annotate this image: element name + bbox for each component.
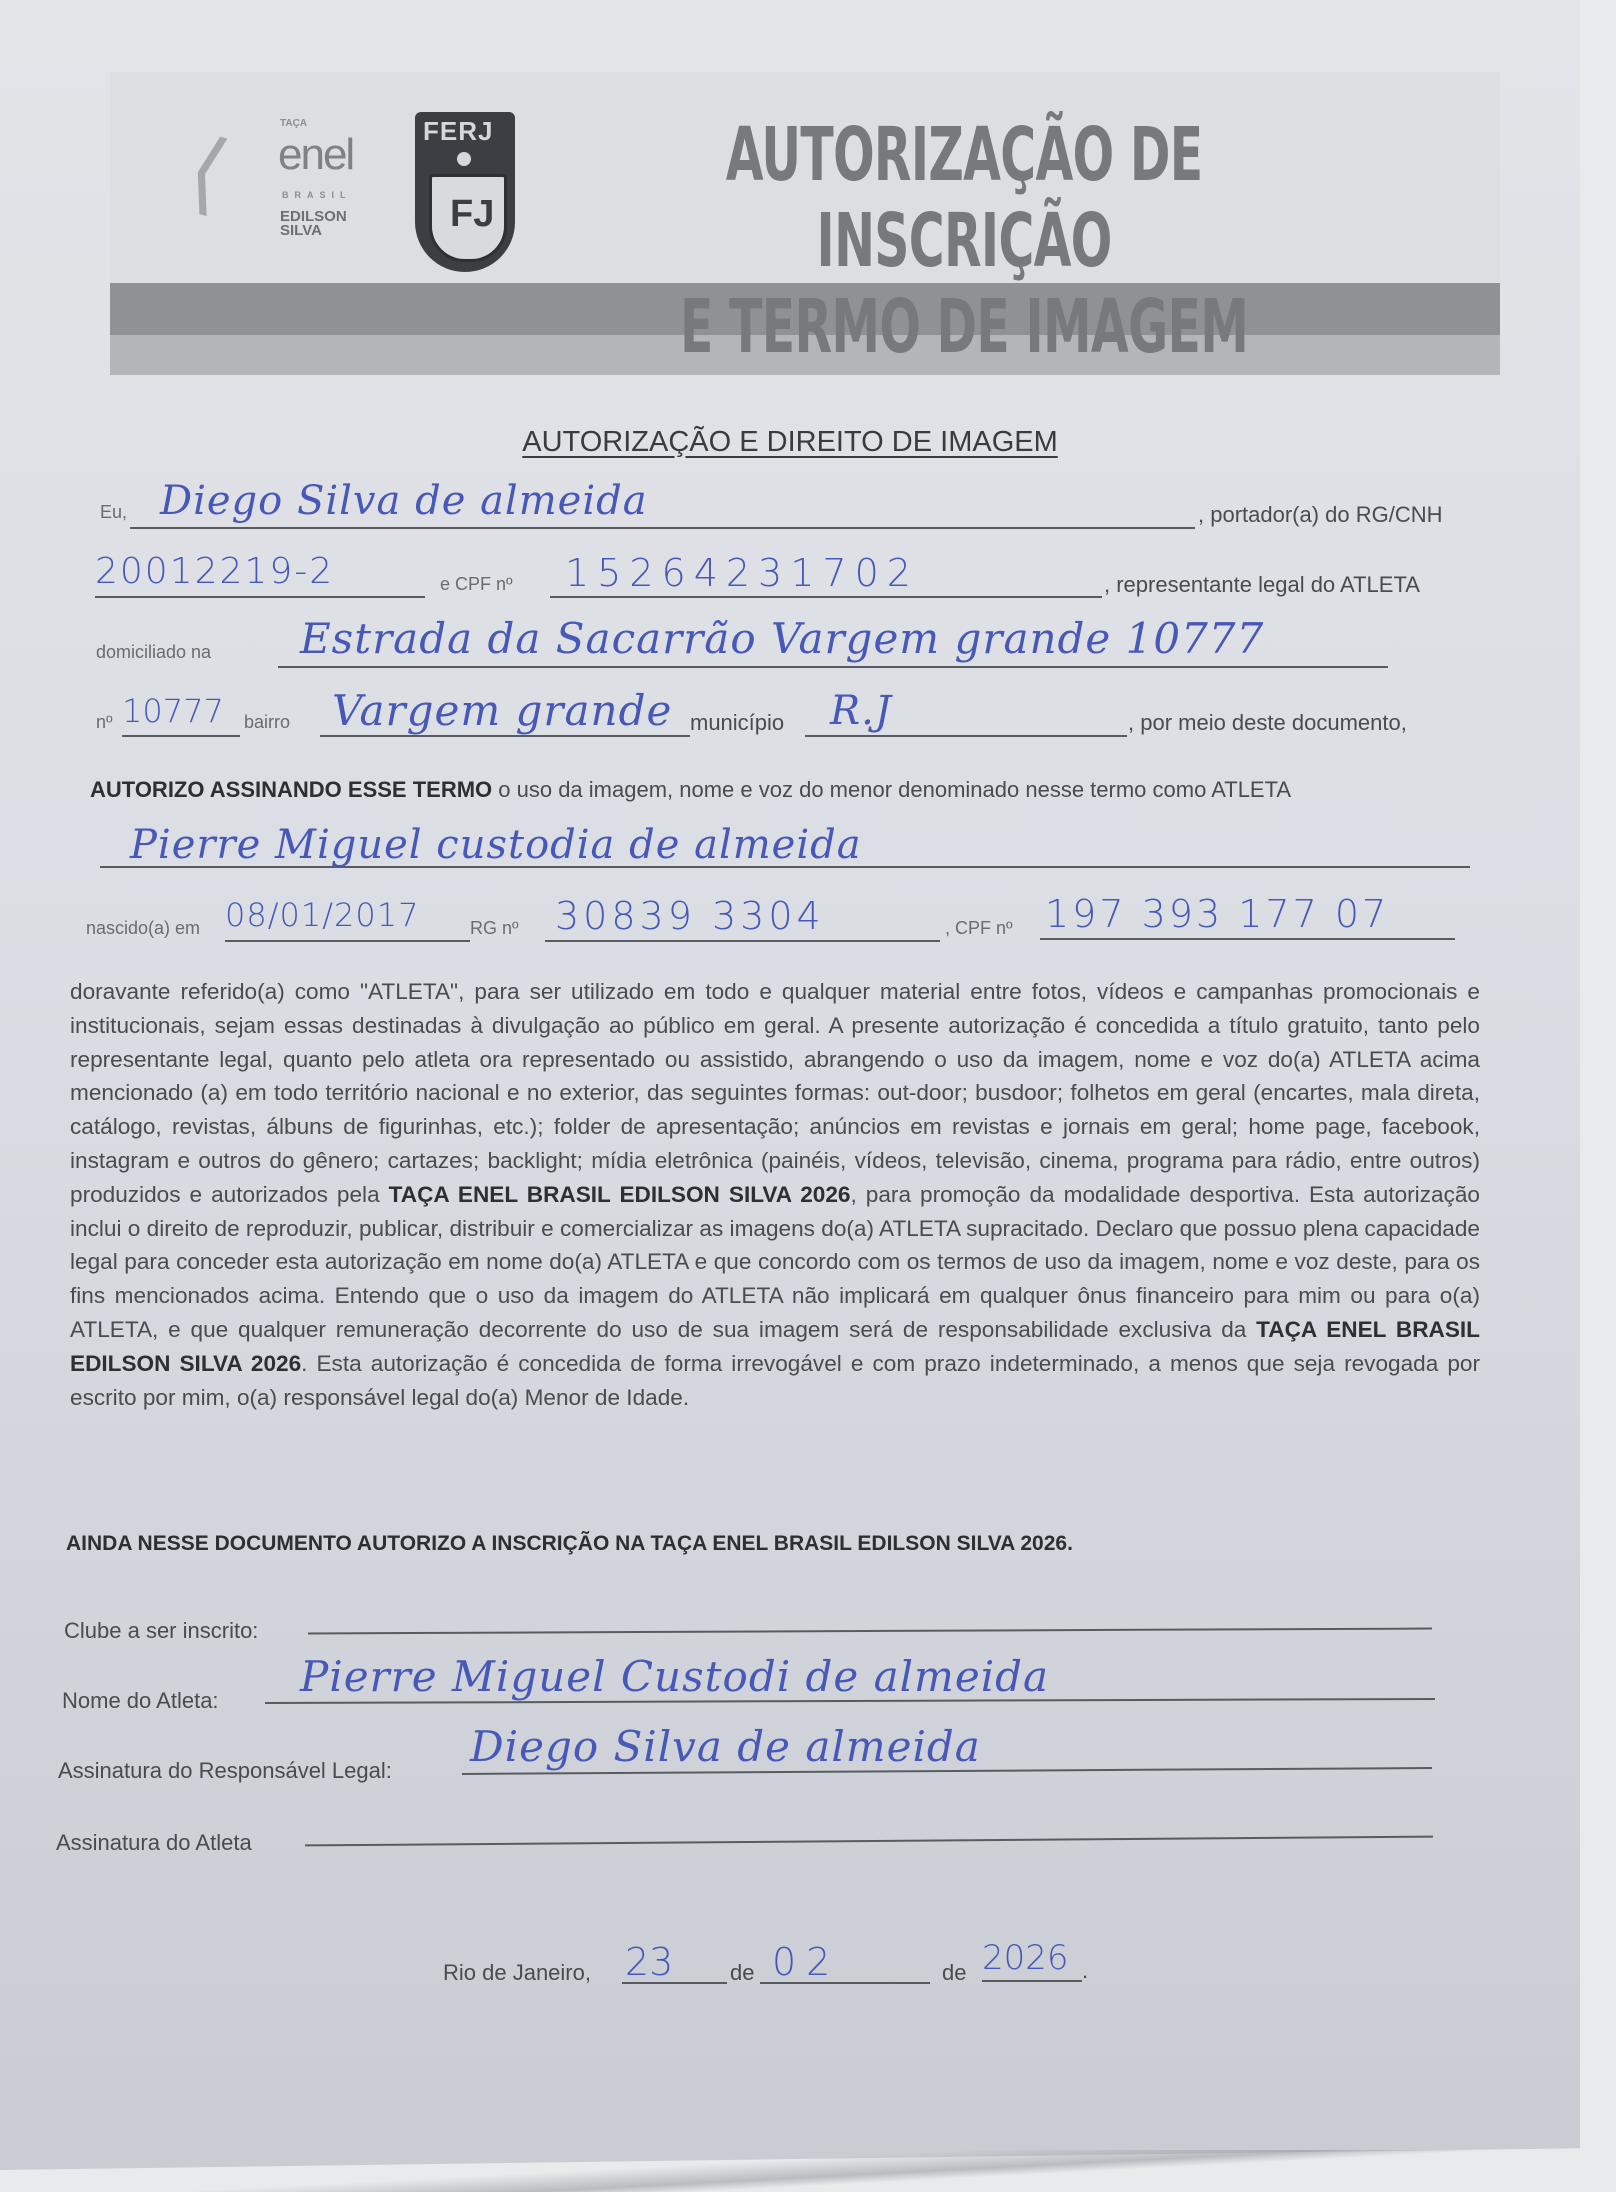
nascido-underline	[225, 940, 470, 942]
por-meio-label: , por meio deste documento,	[1128, 710, 1407, 736]
logo-taca-text: TAÇA	[280, 118, 307, 129]
atleta-nome-field[interactable]: Pierre Miguel custodia de almeida	[130, 822, 862, 868]
paragraph-text: doravante referido(a) como "ATLETA", par…	[70, 979, 1480, 1207]
eu-name-field[interactable]: Diego Silva de almeida	[160, 478, 648, 524]
logo-enel-text: enel	[278, 130, 353, 180]
eu-underline	[130, 527, 1195, 529]
logo-brasil-text: BRASIL	[282, 190, 352, 200]
cpf-field[interactable]: 15264231702	[565, 551, 919, 595]
autorizo-rest-text: o uso da imagem, nome e voz do menor den…	[492, 777, 1291, 802]
eu-label: Eu,	[100, 502, 127, 523]
municipio-underline	[805, 735, 1127, 737]
year-underline	[982, 1980, 1082, 1982]
autorizo-bold-text: AUTORIZO ASSINANDO ESSE TERMO	[90, 777, 492, 802]
endereco-underline	[278, 666, 1388, 668]
terms-paragraph: doravante referido(a) como "ATLETA", par…	[70, 975, 1480, 1414]
clube-label: Clube a ser inscrito:	[64, 1618, 258, 1644]
assinatura-atleta-label: Assinatura do Atleta	[56, 1830, 252, 1856]
day-field[interactable]: 23	[625, 1940, 673, 1984]
rg-field[interactable]: 20012219-2	[95, 551, 334, 592]
enel-logo: ⟨ TAÇA enel BRASIL EDILSON SILVA	[190, 110, 370, 280]
ferj-crest-logo: FERJ FJ	[415, 112, 515, 272]
cpf-atleta-field[interactable]: 197 393 177 07	[1045, 892, 1389, 936]
nome-atleta-field[interactable]: Pierre Miguel Custodi de almeida	[300, 1652, 1049, 1701]
municipio-field[interactable]: R.J	[830, 688, 892, 734]
de-label-2: de	[942, 1960, 966, 1986]
nascido-label: nascido(a) em	[86, 918, 200, 939]
bairro-underline	[320, 735, 690, 737]
section-title: AUTORIZAÇÃO E DIREITO DE IMAGEM	[0, 426, 1580, 459]
representante-label: , representante legal do ATLETA	[1104, 572, 1420, 598]
cpf-underline	[550, 596, 1102, 598]
title-line-2: E TERMO DE IMAGEM	[667, 284, 1261, 370]
ferj-text: FERJ	[423, 116, 493, 147]
document-title: AUTORIZAÇÃO DE INSCRIÇÃO E TERMO DE IMAG…	[667, 112, 1261, 370]
nascido-field[interactable]: 08/01/2017	[225, 896, 419, 934]
numero-field[interactable]: 10777	[122, 692, 224, 730]
date-period: .	[1082, 1958, 1088, 1984]
nome-atleta-label: Nome do Atleta:	[62, 1688, 219, 1714]
endereco-field[interactable]: Estrada da Sacarrão Vargem grande 10777	[300, 614, 1264, 663]
numero-label: nº	[96, 712, 113, 733]
star-icon	[457, 152, 471, 166]
rg-atleta-underline	[545, 940, 940, 942]
rg-atleta-field[interactable]: 30839 3304	[555, 894, 825, 938]
domiciliado-label: domiciliado na	[96, 642, 211, 663]
paper-edge-shadow	[0, 2150, 1580, 2192]
cpf-label: e CPF nº	[440, 574, 513, 595]
logo-edilson-text: EDILSON SILVA	[280, 210, 350, 238]
year-field[interactable]: 2026	[982, 1938, 1069, 1978]
de-label-1: de	[730, 1960, 754, 1986]
municipio-label: município	[690, 710, 784, 736]
bairro-label: bairro	[244, 712, 290, 733]
event-name-bold: TAÇA ENEL BRASIL EDILSON SILVA 2026	[389, 1182, 851, 1207]
rg-atleta-label: RG nº	[470, 918, 519, 939]
assinatura-responsavel-label: Assinatura do Responsável Legal:	[58, 1758, 392, 1784]
autorizo-line: AUTORIZO ASSINANDO ESSE TERMO o uso da i…	[90, 777, 1291, 803]
portador-label: , portador(a) do RG/CNH	[1198, 502, 1443, 528]
month-field[interactable]: 02	[772, 1940, 840, 1984]
city-label: Rio de Janeiro,	[443, 1960, 591, 1986]
assinatura-responsavel-field[interactable]: Diego Silva de almeida	[470, 1722, 981, 1771]
cpf-atleta-underline	[1040, 938, 1455, 940]
bairro-field[interactable]: Vargem grande	[332, 686, 672, 735]
inscricao-heading: AINDA NESSE DOCUMENTO AUTORIZO A INSCRIÇ…	[66, 1532, 1073, 1556]
shield-monogram: FJ	[450, 193, 494, 236]
title-line-1: AUTORIZAÇÃO DE INSCRIÇÃO	[667, 112, 1261, 284]
numero-underline	[122, 735, 240, 737]
cpf-atleta-label: , CPF nº	[945, 918, 1013, 939]
rg-underline	[95, 596, 425, 598]
shield-icon: FJ	[429, 174, 507, 262]
